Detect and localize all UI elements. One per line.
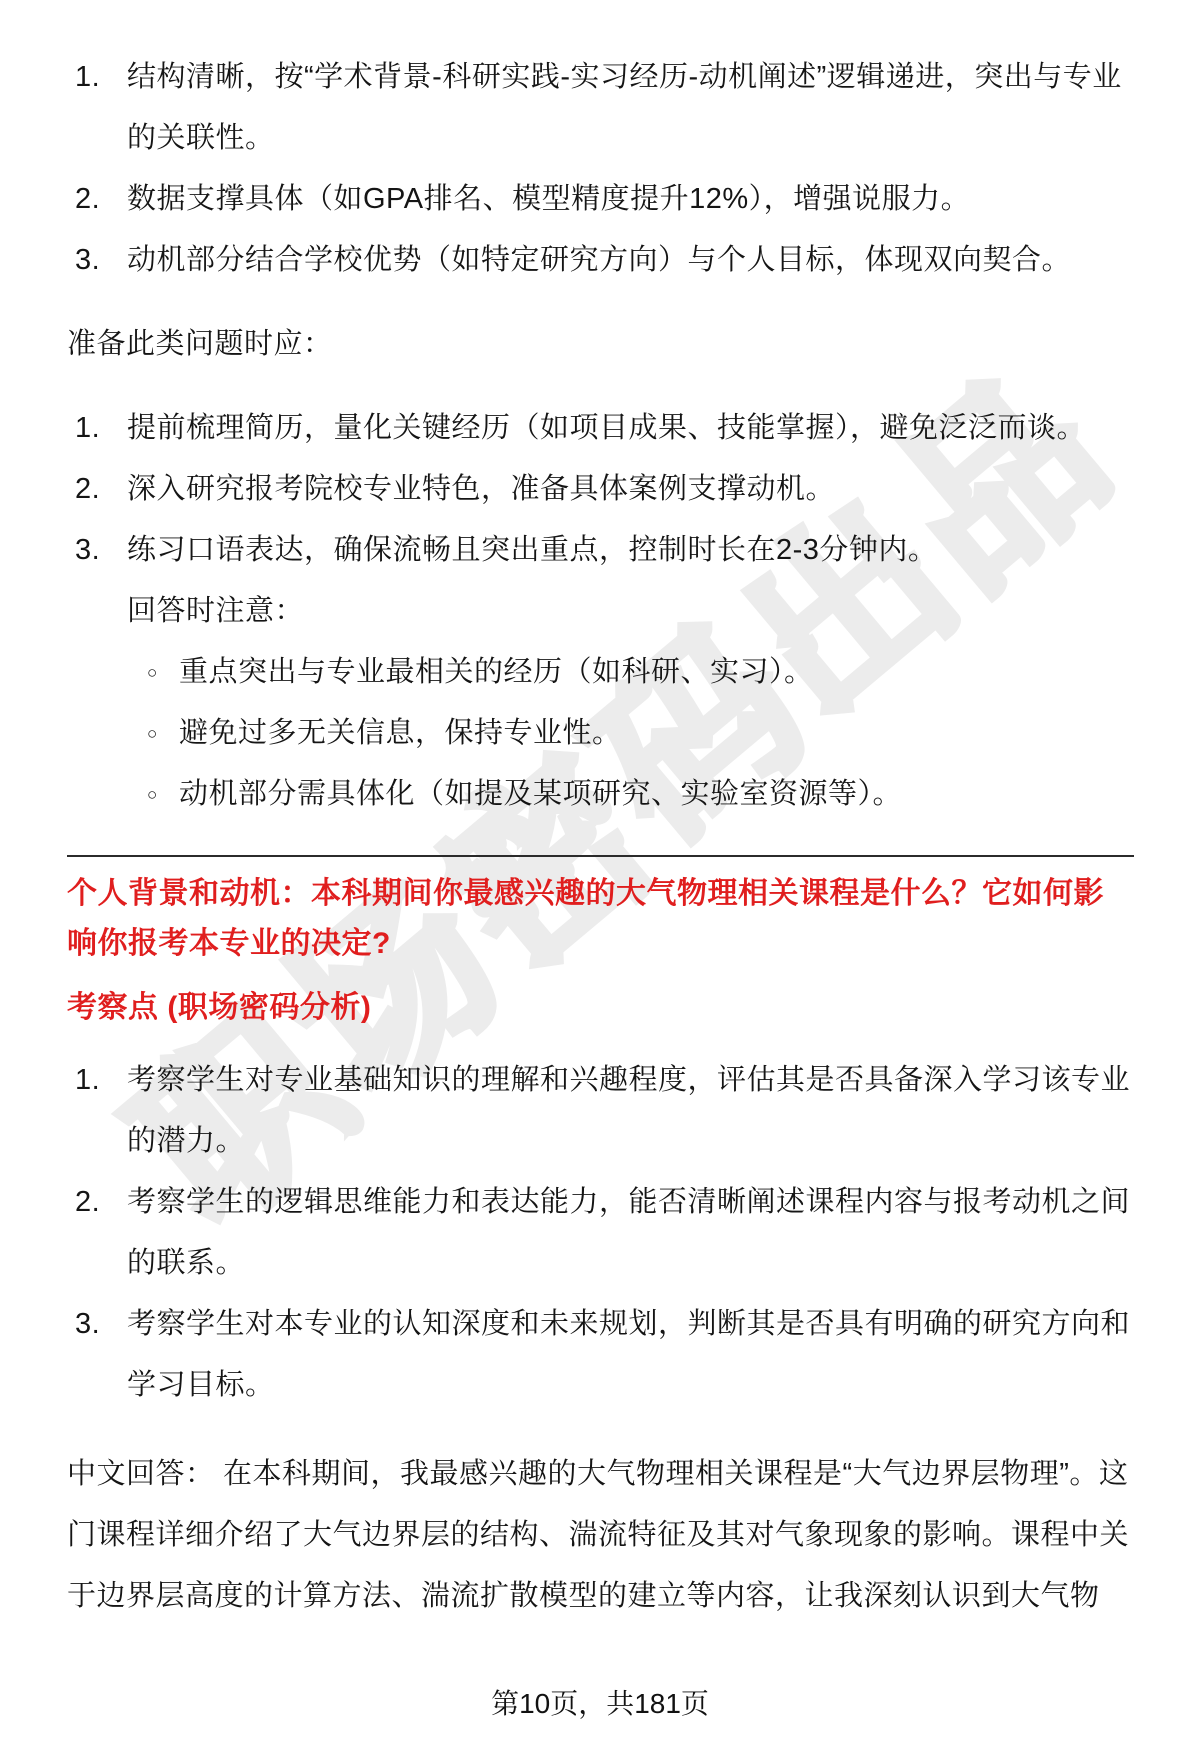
list-item-number: 1.	[75, 1050, 127, 1172]
sub-bullet-item: ○ 重点突出与专业最相关的经历（如科研、实习）。	[67, 642, 1134, 703]
list-item-text: 提前梳理简历，量化关键经历（如项目成果、技能掌握），避免泛泛而谈。	[127, 398, 1134, 459]
document-page: 职场密码出品 1. 结构清晰，按“学术背景-科研实践-实习经历-动机阐述”逻辑递…	[0, 0, 1200, 1755]
sub-bullet-text: 避免过多无关信息，保持专业性。	[179, 703, 622, 764]
list-item-number: 2.	[75, 1172, 127, 1294]
prep-list: 1. 提前梳理简历，量化关键经历（如项目成果、技能掌握），避免泛泛而谈。 2. …	[67, 398, 1134, 825]
list-item: 3. 动机部分结合学校优势（如特定研究方向）与个人目标，体现双向契合。	[67, 230, 1134, 291]
list-item: 3. 练习口语表达，确保流畅且突出重点，控制时长在2-3分钟内。	[67, 520, 1134, 581]
question-heading: 个人背景和动机：本科期间你最感兴趣的大气物理相关课程是什么？它如何影响你报考本专…	[67, 869, 1134, 969]
list-item: 2. 考察学生的逻辑思维能力和表达能力，能否清晰阐述课程内容与报考动机之间的联系…	[67, 1172, 1134, 1294]
list-item-number: 1.	[75, 398, 127, 459]
list-item-text: 动机部分结合学校优势（如特定研究方向）与个人目标，体现双向契合。	[127, 230, 1134, 291]
list-item-text: 考察学生对本专业的认知深度和未来规划，判断其是否具有明确的研究方向和学习目标。	[127, 1294, 1134, 1416]
list-item: 3. 考察学生对本专业的认知深度和未来规划，判断其是否具有明确的研究方向和学习目…	[67, 1294, 1134, 1416]
sub-bullet-text: 动机部分需具体化（如提及某项研究、实验室资源等）。	[179, 764, 902, 825]
analysis-heading: 考察点 (职场密码分析)	[67, 983, 1134, 1033]
list-item-number: 3.	[75, 520, 127, 581]
list-item-text: 考察学生对专业基础知识的理解和兴趣程度，评估其是否具备深入学习该专业的潜力。	[127, 1050, 1134, 1172]
document-content: 1. 结构清晰，按“学术背景-科研实践-实习经历-动机阐述”逻辑递进，突出与专业…	[0, 0, 1200, 1627]
list-item-text: 考察学生的逻辑思维能力和表达能力，能否清晰阐述课程内容与报考动机之间的联系。	[127, 1172, 1134, 1294]
list-item: 2. 数据支撑具体（如GPA排名、模型精度提升12%），增强说服力。	[67, 169, 1134, 230]
list-item-text: 练习口语表达，确保流畅且突出重点，控制时长在2-3分钟内。	[127, 520, 1134, 581]
answer-paragraph: 中文回答： 在本科期间，我最感兴趣的大气物理相关课程是“大气边界层物理”。这门课…	[67, 1444, 1134, 1627]
list-item-text: 数据支撑具体（如GPA排名、模型精度提升12%），增强说服力。	[127, 169, 1134, 230]
list-item: 1. 结构清晰，按“学术背景-科研实践-实习经历-动机阐述”逻辑递进，突出与专业…	[67, 47, 1134, 169]
list-item-number: 3.	[75, 230, 127, 291]
page-number: 第10页，共181页	[0, 1684, 1200, 1724]
list-item-text: 结构清晰，按“学术背景-科研实践-实习经历-动机阐述”逻辑递进，突出与专业的关联…	[127, 47, 1134, 169]
list-item-number: 2.	[75, 459, 127, 520]
list-item: 1. 提前梳理简历，量化关键经历（如项目成果、技能掌握），避免泛泛而谈。	[67, 398, 1134, 459]
list-item: 2. 深入研究报考院校专业特色，准备具体案例支撑动机。	[67, 459, 1134, 520]
list-item: 1. 考察学生对专业基础知识的理解和兴趣程度，评估其是否具备深入学习该专业的潜力…	[67, 1050, 1134, 1172]
answer-note-label: 回答时注意：	[67, 581, 1134, 642]
list-item-number: 2.	[75, 169, 127, 230]
sub-bullet-item: ○ 避免过多无关信息，保持专业性。	[67, 703, 1134, 764]
circle-bullet-icon: ○	[147, 703, 179, 764]
section-divider	[67, 855, 1134, 857]
list-item-number: 1.	[75, 47, 127, 169]
prep-intro: 准备此类问题时应：	[67, 314, 1134, 375]
sub-bullet-text: 重点突出与专业最相关的经历（如科研、实习）。	[179, 642, 814, 703]
list-item-text: 深入研究报考院校专业特色，准备具体案例支撑动机。	[127, 459, 1134, 520]
analysis-list: 1. 考察学生对专业基础知识的理解和兴趣程度，评估其是否具备深入学习该专业的潜力…	[67, 1050, 1134, 1416]
strengths-list: 1. 结构清晰，按“学术背景-科研实践-实习经历-动机阐述”逻辑递进，突出与专业…	[67, 47, 1134, 291]
sub-bullet-item: ○ 动机部分需具体化（如提及某项研究、实验室资源等）。	[67, 764, 1134, 825]
circle-bullet-icon: ○	[147, 764, 179, 825]
circle-bullet-icon: ○	[147, 642, 179, 703]
list-item-number: 3.	[75, 1294, 127, 1416]
